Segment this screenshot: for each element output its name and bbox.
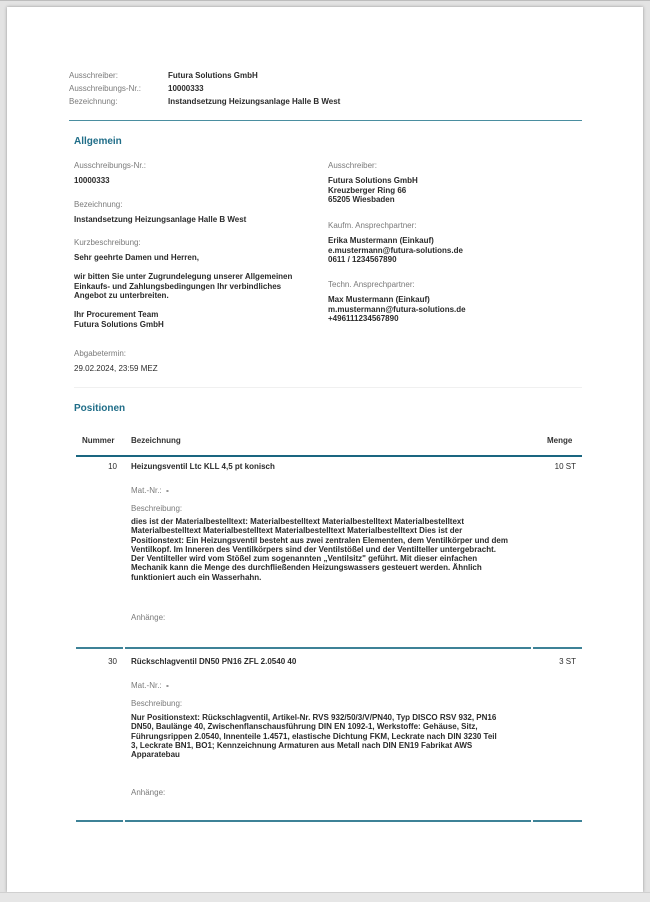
- header-row-ausschreiber: Ausschreiber: Futura Solutions GmbH: [69, 69, 340, 82]
- field-label: Ausschreibungs-Nr.:: [74, 161, 324, 170]
- header-label: Bezeichnung:: [69, 97, 168, 106]
- row-divider: [125, 647, 531, 649]
- position-number: 10: [75, 462, 117, 471]
- attachments-label: Anhänge:: [131, 788, 165, 797]
- header-value: Instandsetzung Heizungsanlage Halle B We…: [168, 97, 340, 106]
- field-ausschreiber: Ausschreiber: Futura Solutions GmbH Kreu…: [328, 161, 578, 205]
- column-header-nummer: Nummer: [82, 436, 114, 445]
- field-value: 29.02.2024, 23:59 MEZ: [74, 364, 324, 373]
- position-title: Heizungsventil Ltc KLL 4,5 pt konisch: [131, 462, 275, 471]
- field-label: Ausschreiber:: [328, 161, 578, 170]
- field-label: Kurzbeschreibung:: [74, 238, 324, 247]
- field-value: Max Mustermann (Einkauf) m.mustermann@fu…: [328, 295, 578, 324]
- row-divider: [125, 820, 531, 822]
- viewer-top-edge: [0, 0, 650, 1]
- column-header-menge: Menge: [547, 436, 572, 445]
- header-label: Ausschreiber:: [69, 71, 168, 80]
- header-value: Futura Solutions GmbH: [168, 71, 258, 80]
- section-divider: [74, 387, 582, 388]
- field-value: Futura Solutions GmbH Kreuzberger Ring 6…: [328, 176, 578, 205]
- field-kaufm-ansprechpartner: Kaufm. Ansprechpartner: Erika Mustermann…: [328, 221, 578, 265]
- header-value: 10000333: [168, 84, 204, 93]
- table-header-rule: [76, 455, 582, 457]
- field-label: Abgabetermin:: [74, 349, 324, 358]
- field-value: Sehr geehrte Damen und Herren, wir bitte…: [74, 253, 324, 329]
- row-divider: [76, 647, 123, 649]
- field-kurzbeschreibung: Kurzbeschreibung: Sehr geehrte Damen und…: [74, 238, 324, 329]
- position-quantity: 3 ST: [516, 657, 576, 666]
- viewer-bottom-bar: [0, 892, 650, 902]
- position-title: Rückschlagventil DN50 PN16 ZFL 2.0540 40: [131, 657, 296, 666]
- header-divider: [69, 120, 582, 121]
- row-divider: [533, 820, 582, 822]
- matnr-label: Mat.-Nr.:: [131, 486, 162, 495]
- matnr-value: -: [166, 681, 169, 690]
- attachments-label: Anhänge:: [131, 613, 165, 622]
- position-matnr: Mat.-Nr.: -: [131, 480, 169, 498]
- field-ausschreibungs-nr: Ausschreibungs-Nr.: 10000333: [74, 161, 324, 185]
- field-techn-ansprechpartner: Techn. Ansprechpartner: Max Mustermann (…: [328, 280, 578, 324]
- header-label: Ausschreibungs-Nr.:: [69, 84, 168, 93]
- position-matnr: Mat.-Nr.: -: [131, 675, 169, 693]
- position-description: Nur Positionstext: Rückschlagventil, Art…: [131, 713, 551, 759]
- row-divider: [76, 820, 123, 822]
- field-value: 10000333: [74, 176, 324, 185]
- position-description: dies ist der Materialbestelltext: Materi…: [131, 517, 551, 582]
- section-title-positionen: Positionen: [74, 403, 125, 414]
- field-bezeichnung: Bezeichnung: Instandsetzung Heizungsanla…: [74, 200, 324, 224]
- document-header: Ausschreiber: Futura Solutions GmbH Auss…: [69, 69, 340, 108]
- description-label: Beschreibung:: [131, 504, 182, 513]
- field-abgabetermin: Abgabetermin: 29.02.2024, 23:59 MEZ: [74, 349, 324, 373]
- row-divider: [533, 647, 582, 649]
- header-row-nr: Ausschreibungs-Nr.: 10000333: [69, 82, 340, 95]
- field-label: Bezeichnung:: [74, 200, 324, 209]
- header-row-bezeichnung: Bezeichnung: Instandsetzung Heizungsanla…: [69, 95, 340, 108]
- position-number: 30: [75, 657, 117, 666]
- field-value: Erika Mustermann (Einkauf) e.mustermann@…: [328, 236, 578, 265]
- field-label: Techn. Ansprechpartner:: [328, 280, 578, 289]
- matnr-value: -: [166, 486, 169, 495]
- matnr-label: Mat.-Nr.:: [131, 681, 162, 690]
- document-page: Ausschreiber: Futura Solutions GmbH Auss…: [7, 7, 643, 892]
- section-title-allgemein: Allgemein: [74, 136, 122, 147]
- position-quantity: 10 ST: [516, 462, 576, 471]
- field-label: Kaufm. Ansprechpartner:: [328, 221, 578, 230]
- field-value: Instandsetzung Heizungsanlage Halle B We…: [74, 215, 324, 224]
- description-label: Beschreibung:: [131, 699, 182, 708]
- column-header-bezeichnung: Bezeichnung: [131, 436, 181, 445]
